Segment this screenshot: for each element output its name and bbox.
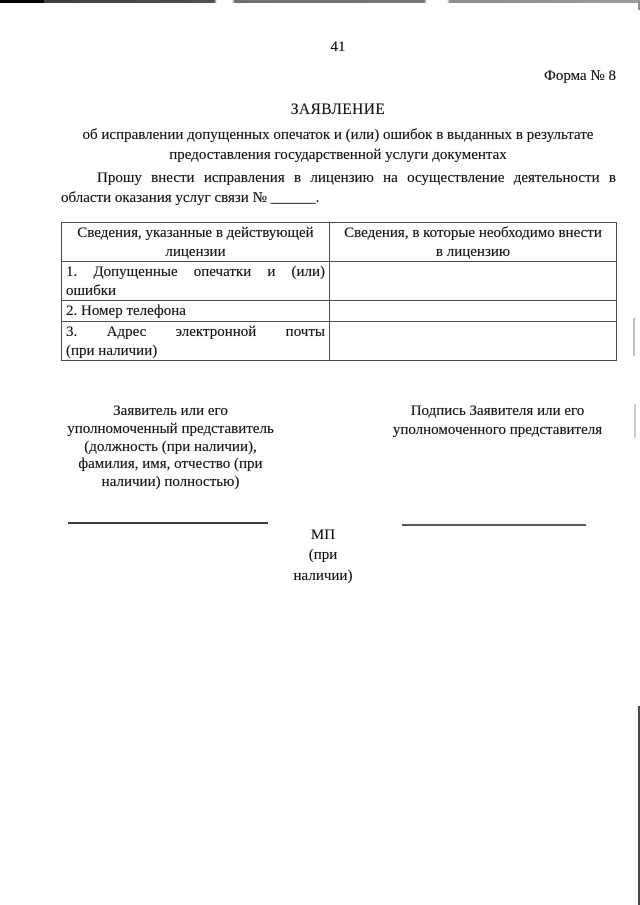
table-row-phone: 2. Номер телефона [62,301,617,322]
table-header-new-data: Сведения, в которые необходимо внести в … [330,223,617,262]
applicant-signature-line [68,522,268,524]
table-cell-label-typos: 1. Допущенные опечатки и (или) ошибки [62,262,330,301]
table-cell-value-typos [330,262,617,301]
stamp-placeholder: МП (при наличии) [258,525,388,586]
scan-artifact-top-line [0,0,640,3]
signature-line [402,524,586,526]
signature-label: Подпись Заявителя или его уполномоченног… [385,402,610,439]
table-cell-value-phone [330,301,617,322]
request-paragraph-line-1: Прошу внести исправления в лицензию на о… [61,169,616,189]
document-title: ЗАЯВЛЕНИЕ [61,101,615,119]
table-header-row: Сведения, указанные в действующей лиценз… [62,223,617,262]
form-number-label: Форма № 8 [61,68,616,85]
table-row-email: 3. Адрес электронной почты (при наличии) [62,322,617,361]
document-subtitle: об исправлении допущенных опечаток и (ил… [43,125,633,165]
applicant-label: Заявитель или его уполномоченный предста… [63,403,278,492]
page-number: 41 [61,39,615,56]
scan-artifact-right-1 [633,318,635,356]
scan-artifact-right-2 [634,404,636,438]
request-paragraph: Прошу внести исправления в лицензию на о… [61,169,616,208]
table-cell-label-email: 3. Адрес электронной почты (при наличии) [62,322,330,361]
table-header-current-license: Сведения, указанные в действующей лиценз… [62,223,330,262]
table-row-typos: 1. Допущенные опечатки и (или) ошибки [62,262,617,301]
document-page: 41 Форма № 8 ЗАЯВЛЕНИЕ об исправлении до… [0,0,640,905]
table-cell-value-email [330,322,617,361]
table-cell-label-phone: 2. Номер телефона [62,301,330,322]
corrections-table: Сведения, указанные в действующей лиценз… [61,222,617,361]
request-paragraph-line-2: области оказания услуг связи № ______. [61,189,616,209]
